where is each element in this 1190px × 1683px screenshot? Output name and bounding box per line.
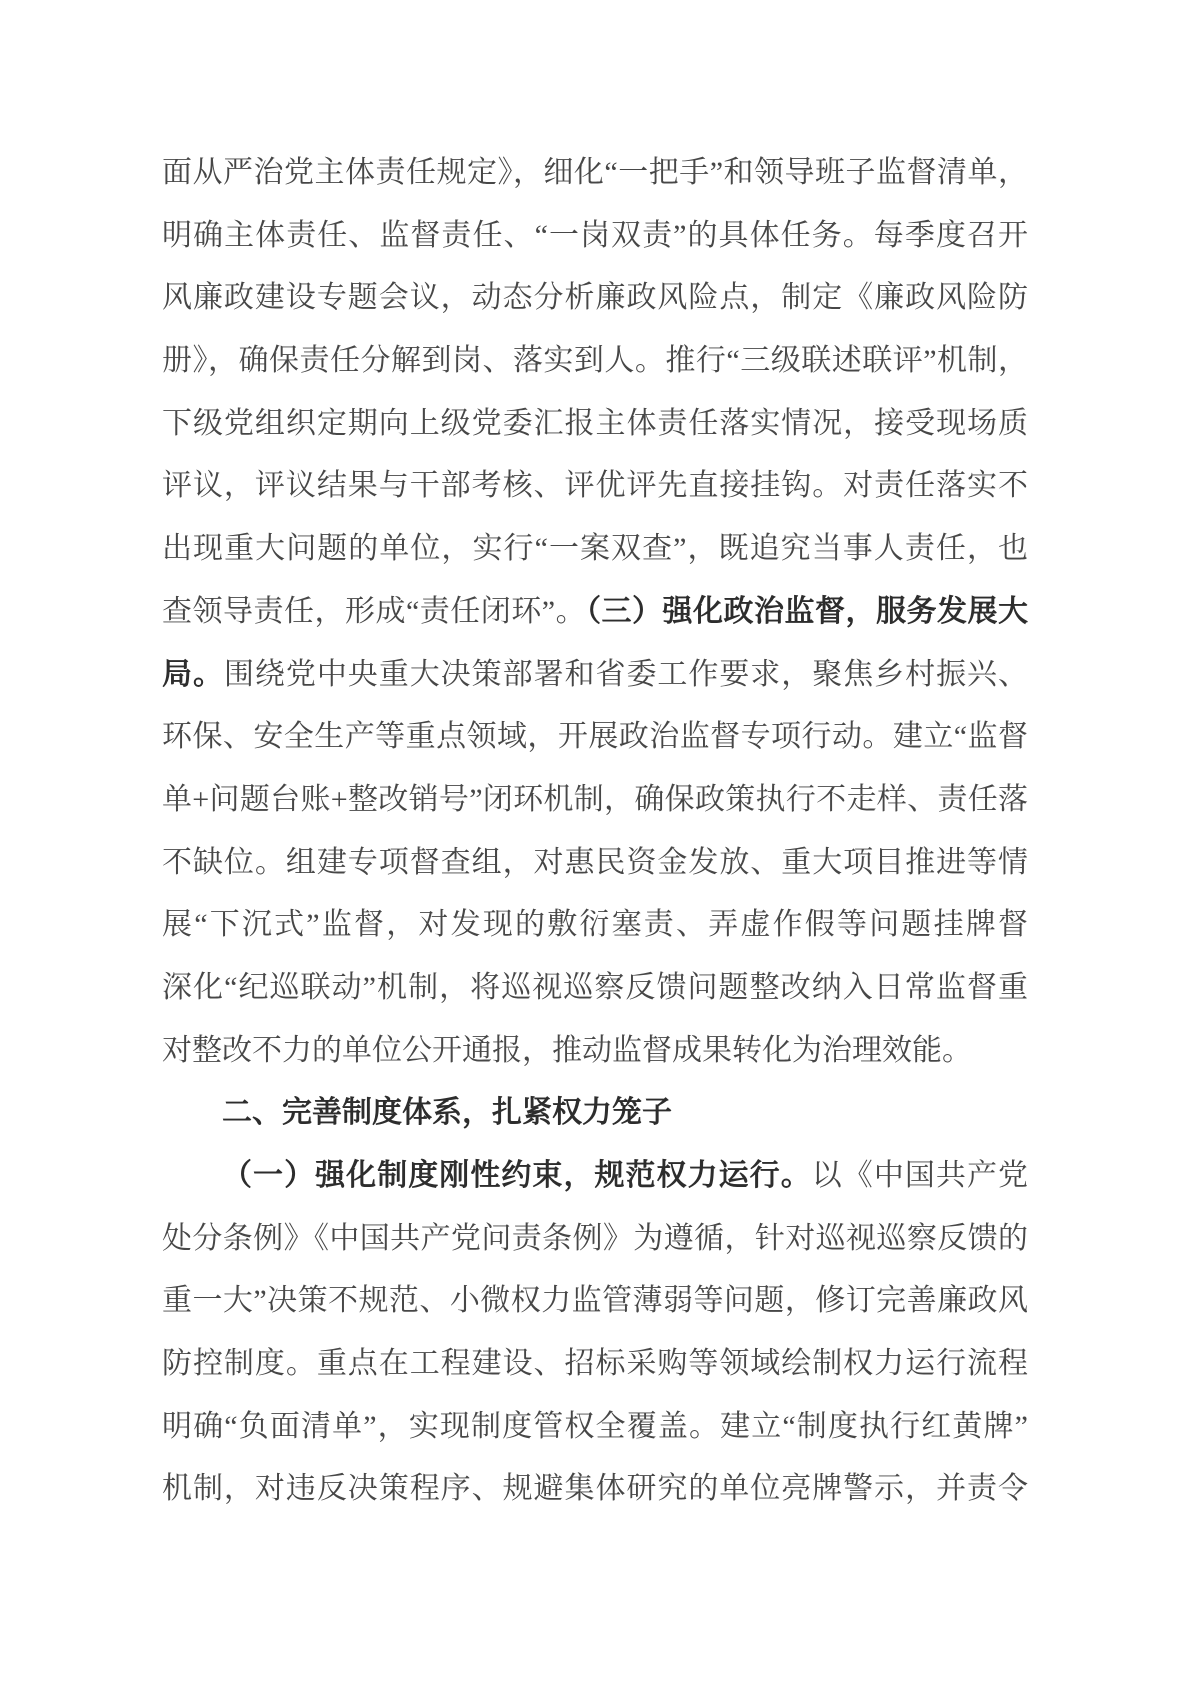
text-segment-bold: 局。 xyxy=(162,658,224,691)
text-line: 重一大”决策不规范、小微权力监管薄弱等问题，修订完善廉政风险 xyxy=(162,1270,1028,1333)
text-segment: 深化“纪巡联动”机制，将巡视巡察反馈问题整改纳入日常监督重点， xyxy=(162,971,1028,1020)
text-segment: 下级党组织定期向上级党委汇报主体责任落实情况，接受现场质询和 xyxy=(162,407,1028,456)
text-line: 处分条例》《中国共产党问责条例》为遵循，针对巡视巡察反馈的“三 xyxy=(162,1208,1028,1271)
text-line: 二、完善制度体系，扎紧权力笼子 xyxy=(162,1082,1028,1145)
text-line: 展“下沉式”监督，对发现的敷衍塞责、弄虚作假等问题挂牌督办。 xyxy=(162,894,1028,957)
text-segment: 查领导责任，形成“责任闭环”。 xyxy=(162,595,586,628)
document-body: 面从严治党主体责任规定》，细化“一把手”和领导班子监督清单，明确主体责任、监督责… xyxy=(162,142,1028,1521)
text-line: 明确“负面清单”，实现制度管权全覆盖。建立“制度执行红黄牌” xyxy=(162,1396,1028,1459)
text-segment: 对整改不力的单位公开通报，推动监督成果转化为治理效能。 xyxy=(162,1034,972,1067)
text-segment: 面从严治党主体责任规定》，细化“一把手”和领导班子监督清单， xyxy=(162,156,1028,189)
text-segment: 明确主体责任、监督责任、“一岗双责”的具体任务。每季度召开党 xyxy=(162,219,1028,268)
text-line: 评议，评议结果与干部考核、评优评先直接挂钩。对责任落实不力、 xyxy=(162,455,1028,518)
text-segment: 册》，确保责任分解到岗、落实到人。推行“三级联述联评”机制， xyxy=(162,344,1028,377)
text-segment-bold: （三）强化政治监督，服务发展大 xyxy=(586,595,1028,628)
text-line: 机制，对违反决策程序、规避集体研究的单位亮牌警示，并责令限期 xyxy=(162,1458,1028,1521)
text-line: （一）强化制度刚性约束，规范权力运行。以《中国共产党纪律 xyxy=(162,1145,1028,1208)
text-segment: 机制，对违反决策程序、规避集体研究的单位亮牌警示，并责令限期 xyxy=(162,1472,1028,1521)
text-line: 环保、安全生产等重点领域，开展政治监督专项行动。建立“监督清 xyxy=(162,706,1028,769)
text-segment-bold: 二、完善制度体系，扎紧权力笼子 xyxy=(222,1096,672,1129)
text-segment: 单+问题台账+整改销号”闭环机制，确保政策执行不走样、责任落实 xyxy=(162,783,1028,832)
text-segment: 出现重大问题的单位，实行“一案双查”，既追究当事人责任，也倒 xyxy=(162,532,1028,581)
text-line: 面从严治党主体责任规定》，细化“一把手”和领导班子监督清单， xyxy=(162,142,1028,205)
text-segment-bold: （一）强化制度刚性约束，规范权力运行。 xyxy=(222,1159,812,1192)
text-segment: 防控制度。重点在工程建设、招标采购等领域绘制权力运行流程图， xyxy=(162,1347,1028,1396)
text-segment: 明确“负面清单”，实现制度管权全覆盖。建立“制度执行红黄牌” xyxy=(162,1410,1028,1443)
text-segment: 不缺位。组建专项督查组，对惠民资金发放、重大项目推进等情况开 xyxy=(162,846,1028,895)
text-line: 册》，确保责任分解到岗、落实到人。推行“三级联述联评”机制， xyxy=(162,330,1028,393)
text-segment: 重一大”决策不规范、小微权力监管薄弱等问题，修订完善廉政风险 xyxy=(162,1284,1028,1333)
text-line: 下级党组织定期向上级党委汇报主体责任落实情况，接受现场质询和 xyxy=(162,393,1028,456)
text-segment: 环保、安全生产等重点领域，开展政治监督专项行动。建立“监督清 xyxy=(162,720,1028,769)
text-line: 不缺位。组建专项督查组，对惠民资金发放、重大项目推进等情况开 xyxy=(162,832,1028,895)
text-line: 防控制度。重点在工程建设、招标采购等领域绘制权力运行流程图， xyxy=(162,1333,1028,1396)
text-line: 查领导责任，形成“责任闭环”。（三）强化政治监督，服务发展大 xyxy=(162,581,1028,644)
text-line: 明确主体责任、监督责任、“一岗双责”的具体任务。每季度召开党 xyxy=(162,205,1028,268)
text-segment: 展“下沉式”监督，对发现的敷衍塞责、弄虚作假等问题挂牌督办。 xyxy=(162,908,1028,957)
text-line: 深化“纪巡联动”机制，将巡视巡察反馈问题整改纳入日常监督重点， xyxy=(162,957,1028,1020)
text-line: 对整改不力的单位公开通报，推动监督成果转化为治理效能。 xyxy=(162,1020,1028,1083)
text-segment: 处分条例》《中国共产党问责条例》为遵循，针对巡视巡察反馈的“三 xyxy=(162,1222,1028,1271)
text-line: 出现重大问题的单位，实行“一案双查”，既追究当事人责任，也倒 xyxy=(162,518,1028,581)
document-page: 面从严治党主体责任规定》，细化“一把手”和领导班子监督清单，明确主体责任、监督责… xyxy=(0,0,1190,1683)
text-segment: 围绕党中央重大决策部署和省委工作要求，聚焦乡村振兴、生态 xyxy=(162,658,1028,707)
text-line: 风廉政建设专题会议，动态分析廉政风险点，制定《廉政风险防控手 xyxy=(162,267,1028,330)
text-segment: 评议，评议结果与干部考核、评优评先直接挂钩。对责任落实不力、 xyxy=(162,469,1028,518)
text-segment: 风廉政建设专题会议，动态分析廉政风险点，制定《廉政风险防控手 xyxy=(162,281,1028,330)
text-line: 单+问题台账+整改销号”闭环机制，确保政策执行不走样、责任落实 xyxy=(162,769,1028,832)
text-line: 局。围绕党中央重大决策部署和省委工作要求，聚焦乡村振兴、生态 xyxy=(162,644,1028,707)
